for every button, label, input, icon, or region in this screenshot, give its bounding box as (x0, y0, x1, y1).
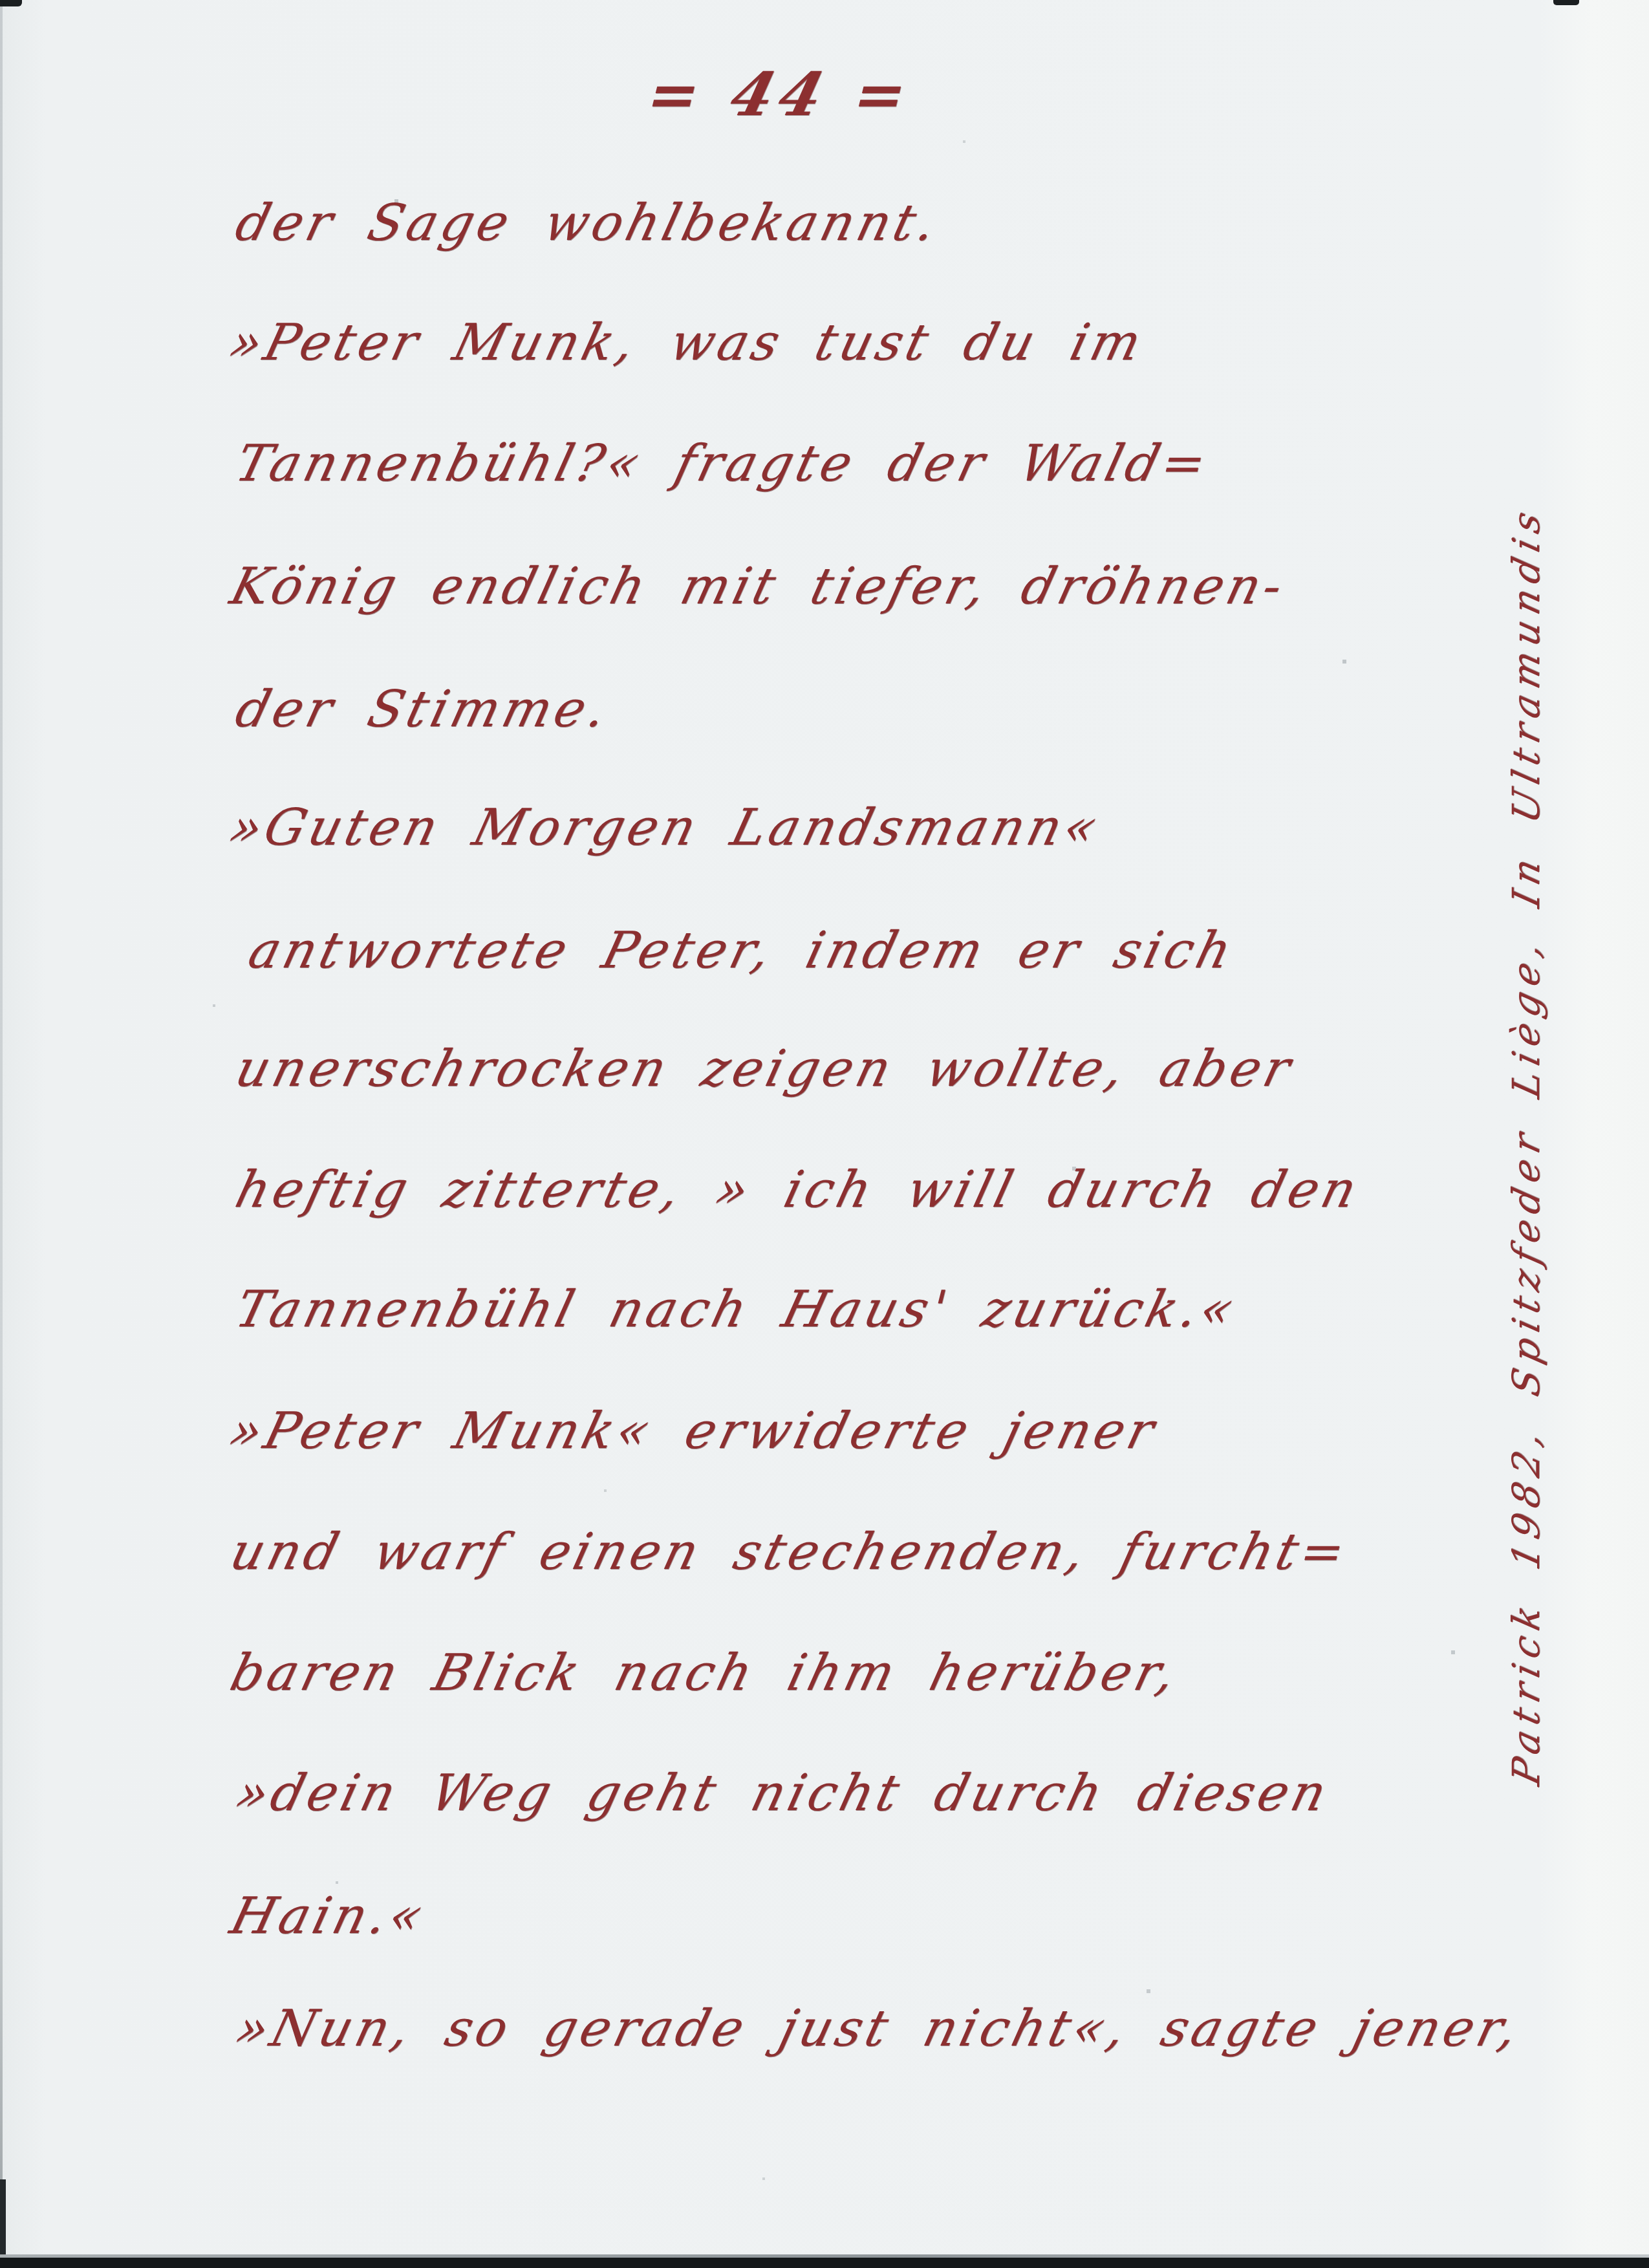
scan-corner-mark-top-left (0, 0, 22, 6)
scanned-manuscript-page: = 44 = der Sage wohlbekannt. »Peter Munk… (0, 0, 1649, 2268)
manuscript-line: Hain.« (220, 1868, 437, 1965)
manuscript-line: Tannenbühl?« fragte der Wald= (225, 415, 1221, 512)
manuscript-line: »dein Weg geht nicht durch diesen (225, 1745, 1341, 1842)
margin-annotation: Patrick 1982, Spitzfeder Liège, In Ultra… (1491, 360, 1562, 1929)
manuscript-line: »Guten Morgen Landsmann« (219, 779, 1112, 876)
manuscript-line: »Peter Munk« erwiderte jener (219, 1383, 1169, 1480)
manuscript-line: antwortete Peter, indem er sich (238, 902, 1245, 999)
scan-edge-left-line (0, 0, 3, 2268)
manuscript-line: baren Blick nach ihm herüber, (220, 1625, 1190, 1722)
manuscript-line: der Sage wohlbekannt. (225, 175, 951, 272)
page-number: = 44 = (640, 59, 916, 129)
manuscript-line: heftig zitterte, » ich will durch den (225, 1141, 1371, 1238)
manuscript-line: »Nun, so gerade just nicht«, sagte jener… (225, 1980, 1532, 2077)
manuscript-line: König endlich mit tiefer, dröhnen- (220, 538, 1297, 635)
manuscript-line: der Stimme. (225, 661, 621, 758)
manuscript-line: Tannenbühl nach Haus' zurück.« (225, 1261, 1248, 1358)
scan-corner-mark-top-right (1553, 0, 1579, 5)
manuscript-line: »Peter Munk, was tust du im (219, 294, 1156, 391)
manuscript-line: und warf einen stechenden, furcht= (220, 1504, 1359, 1601)
scan-edge-bottom (0, 2258, 1649, 2268)
manuscript-line: unerschrocken zeigen wollte, aber (225, 1021, 1305, 1118)
